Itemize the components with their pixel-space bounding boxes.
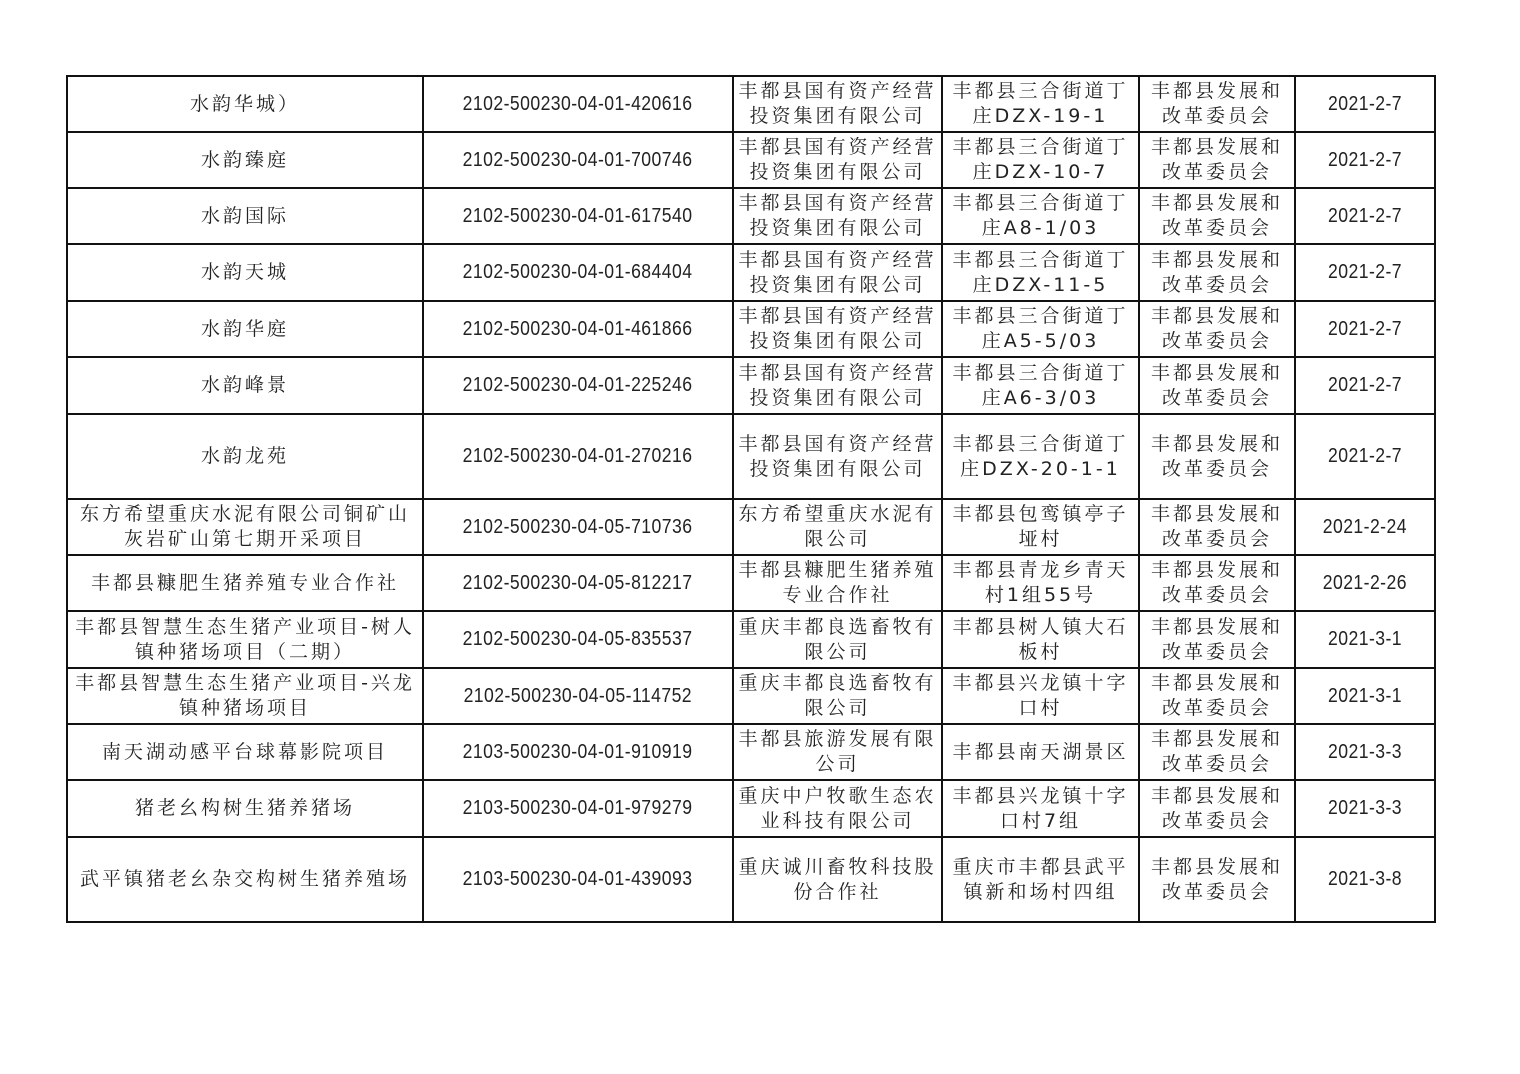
table-row: 水韵国际 2102-500230-04-01-617540 丰都县国有资产经营投… bbox=[67, 188, 1435, 244]
authority-cell: 丰都县发展和改革委员会 bbox=[1139, 132, 1295, 188]
authority-cell: 丰都县发展和改革委员会 bbox=[1139, 724, 1295, 780]
date-cell: 2021-2-7 bbox=[1295, 244, 1435, 301]
project-code: 2102-500230-04-01-225246 bbox=[463, 373, 693, 398]
project-code: 2103-500230-04-01-979279 bbox=[463, 796, 693, 821]
authority-cell: 丰都县发展和改革委员会 bbox=[1139, 611, 1295, 668]
table-row: 水韵臻庭 2102-500230-04-01-700746 丰都县国有资产经营投… bbox=[67, 132, 1435, 188]
date: 2021-2-7 bbox=[1328, 373, 1402, 398]
project-code: 2102-500230-04-01-461866 bbox=[463, 317, 693, 342]
date-cell: 2021-2-7 bbox=[1295, 188, 1435, 244]
project-code: 2102-500230-04-05-710736 bbox=[463, 515, 693, 540]
location-cell: 重庆市丰都县武平镇新和场村四组 bbox=[942, 837, 1139, 922]
project-code-cell: 2102-500230-04-05-835537 bbox=[423, 611, 733, 668]
table-row: 猪老幺构树生猪养猪场 2103-500230-04-01-979279 重庆中户… bbox=[67, 780, 1435, 837]
table-row: 水韵天城 2102-500230-04-01-684404 丰都县国有资产经营投… bbox=[67, 244, 1435, 301]
authority-cell: 丰都县发展和改革委员会 bbox=[1139, 780, 1295, 837]
table-row: 水韵华城） 2102-500230-04-01-420616 丰都县国有资产经营… bbox=[67, 76, 1435, 132]
project-code-cell: 2102-500230-04-01-225246 bbox=[423, 357, 733, 414]
project-code: 2102-500230-04-01-617540 bbox=[463, 204, 693, 229]
project-name-cell: 水韵华庭 bbox=[67, 301, 423, 357]
enterprise-cell: 东方希望重庆水泥有限公司 bbox=[733, 499, 942, 555]
project-code: 2102-500230-04-01-420616 bbox=[463, 92, 693, 117]
location-cell: 丰都县三合街道丁庄DZX-11-5 bbox=[942, 244, 1139, 301]
authority-cell: 丰都县发展和改革委员会 bbox=[1139, 414, 1295, 499]
date: 2021-2-7 bbox=[1328, 148, 1402, 173]
date-cell: 2021-3-3 bbox=[1295, 780, 1435, 837]
authority-cell: 丰都县发展和改革委员会 bbox=[1139, 188, 1295, 244]
location-cell: 丰都县包鸾镇亭子垭村 bbox=[942, 499, 1139, 555]
date: 2021-3-3 bbox=[1328, 796, 1402, 821]
authority-cell: 丰都县发展和改革委员会 bbox=[1139, 357, 1295, 414]
date-cell: 2021-3-3 bbox=[1295, 724, 1435, 780]
table-row: 丰都县智慧生态生猪产业项目-兴龙镇种猪场项目 2102-500230-04-05… bbox=[67, 668, 1435, 724]
date-cell: 2021-3-1 bbox=[1295, 668, 1435, 724]
project-code-cell: 2102-500230-04-01-700746 bbox=[423, 132, 733, 188]
project-name-cell: 东方希望重庆水泥有限公司铜矿山灰岩矿山第七期开采项目 bbox=[67, 499, 423, 555]
authority-cell: 丰都县发展和改革委员会 bbox=[1139, 555, 1295, 611]
enterprise-cell: 丰都县国有资产经营投资集团有限公司 bbox=[733, 244, 942, 301]
date-cell: 2021-2-7 bbox=[1295, 301, 1435, 357]
date-cell: 2021-2-24 bbox=[1295, 499, 1435, 555]
project-code: 2102-500230-04-01-270216 bbox=[463, 444, 693, 469]
authority-cell: 丰都县发展和改革委员会 bbox=[1139, 301, 1295, 357]
project-code: 2102-500230-04-01-684404 bbox=[463, 260, 693, 285]
table-row: 东方希望重庆水泥有限公司铜矿山灰岩矿山第七期开采项目 2102-500230-0… bbox=[67, 499, 1435, 555]
location-cell: 丰都县三合街道丁庄A5-5/03 bbox=[942, 301, 1139, 357]
enterprise-cell: 丰都县国有资产经营投资集团有限公司 bbox=[733, 301, 942, 357]
project-code-cell: 2102-500230-04-01-270216 bbox=[423, 414, 733, 499]
date: 2021-2-7 bbox=[1328, 92, 1402, 117]
authority-cell: 丰都县发展和改革委员会 bbox=[1139, 668, 1295, 724]
table-row: 水韵龙苑 2102-500230-04-01-270216 丰都县国有资产经营投… bbox=[67, 414, 1435, 499]
enterprise-cell: 丰都县国有资产经营投资集团有限公司 bbox=[733, 132, 942, 188]
project-name-cell: 武平镇猪老幺杂交构树生猪养殖场 bbox=[67, 837, 423, 922]
enterprise-cell: 丰都县国有资产经营投资集团有限公司 bbox=[733, 357, 942, 414]
project-name-cell: 水韵峰景 bbox=[67, 357, 423, 414]
table-row: 丰都县糠肥生猪养殖专业合作社 2102-500230-04-05-812217 … bbox=[67, 555, 1435, 611]
table-row: 武平镇猪老幺杂交构树生猪养殖场 2103-500230-04-01-439093… bbox=[67, 837, 1435, 922]
document-page: 水韵华城） 2102-500230-04-01-420616 丰都县国有资产经营… bbox=[0, 0, 1520, 1074]
project-code-cell: 2102-500230-04-05-710736 bbox=[423, 499, 733, 555]
project-name-cell: 水韵臻庭 bbox=[67, 132, 423, 188]
location-cell: 丰都县三合街道丁庄DZX-19-1 bbox=[942, 76, 1139, 132]
location-cell: 丰都县兴龙镇十字口村7组 bbox=[942, 780, 1139, 837]
enterprise-cell: 重庆丰都良选畜牧有限公司 bbox=[733, 668, 942, 724]
authority-cell: 丰都县发展和改革委员会 bbox=[1139, 837, 1295, 922]
enterprise-cell: 重庆诚川畜牧科技股份合作社 bbox=[733, 837, 942, 922]
location-cell: 丰都县三合街道丁庄DZX-20-1-1 bbox=[942, 414, 1139, 499]
project-code-cell: 2102-500230-04-05-812217 bbox=[423, 555, 733, 611]
project-code-cell: 2102-500230-04-01-617540 bbox=[423, 188, 733, 244]
project-name-cell: 丰都县智慧生态生猪产业项目-树人镇种猪场项目（二期） bbox=[67, 611, 423, 668]
enterprise-cell: 丰都县国有资产经营投资集团有限公司 bbox=[733, 188, 942, 244]
project-code: 2102-500230-04-05-812217 bbox=[463, 571, 693, 596]
project-registration-table: 水韵华城） 2102-500230-04-01-420616 丰都县国有资产经营… bbox=[66, 75, 1436, 923]
project-code: 2103-500230-04-01-910919 bbox=[463, 740, 693, 765]
project-name-cell: 水韵龙苑 bbox=[67, 414, 423, 499]
authority-cell: 丰都县发展和改革委员会 bbox=[1139, 244, 1295, 301]
date-cell: 2021-2-26 bbox=[1295, 555, 1435, 611]
authority-cell: 丰都县发展和改革委员会 bbox=[1139, 499, 1295, 555]
project-code: 2103-500230-04-01-439093 bbox=[463, 867, 693, 892]
date: 2021-2-7 bbox=[1328, 444, 1402, 469]
table-row: 丰都县智慧生态生猪产业项目-树人镇种猪场项目（二期） 2102-500230-0… bbox=[67, 611, 1435, 668]
table-row: 水韵华庭 2102-500230-04-01-461866 丰都县国有资产经营投… bbox=[67, 301, 1435, 357]
date-cell: 2021-2-7 bbox=[1295, 76, 1435, 132]
date-cell: 2021-3-8 bbox=[1295, 837, 1435, 922]
date: 2021-2-7 bbox=[1328, 260, 1402, 285]
project-name-cell: 水韵天城 bbox=[67, 244, 423, 301]
location-cell: 丰都县三合街道丁庄A6-3/03 bbox=[942, 357, 1139, 414]
date: 2021-2-26 bbox=[1323, 571, 1407, 596]
project-code-cell: 2102-500230-04-01-420616 bbox=[423, 76, 733, 132]
date: 2021-2-24 bbox=[1323, 515, 1407, 540]
authority-cell: 丰都县发展和改革委员会 bbox=[1139, 76, 1295, 132]
project-name-cell: 南天湖动感平台球幕影院项目 bbox=[67, 724, 423, 780]
enterprise-cell: 重庆中户牧歌生态农业科技有限公司 bbox=[733, 780, 942, 837]
enterprise-cell: 丰都县国有资产经营投资集团有限公司 bbox=[733, 414, 942, 499]
project-code-cell: 2102-500230-04-01-461866 bbox=[423, 301, 733, 357]
date-cell: 2021-2-7 bbox=[1295, 357, 1435, 414]
location-cell: 丰都县南天湖景区 bbox=[942, 724, 1139, 780]
date: 2021-2-7 bbox=[1328, 317, 1402, 342]
date: 2021-2-7 bbox=[1328, 204, 1402, 229]
enterprise-cell: 丰都县旅游发展有限公司 bbox=[733, 724, 942, 780]
project-code-cell: 2103-500230-04-01-979279 bbox=[423, 780, 733, 837]
date-cell: 2021-3-1 bbox=[1295, 611, 1435, 668]
date-cell: 2021-2-7 bbox=[1295, 414, 1435, 499]
project-code-cell: 2103-500230-04-01-439093 bbox=[423, 837, 733, 922]
project-name-cell: 猪老幺构树生猪养猪场 bbox=[67, 780, 423, 837]
project-code: 2102-500230-04-05-835537 bbox=[463, 627, 693, 652]
location-cell: 丰都县三合街道丁庄A8-1/03 bbox=[942, 188, 1139, 244]
location-cell: 丰都县青龙乡青天村1组55号 bbox=[942, 555, 1139, 611]
project-code-cell: 2102-500230-04-01-684404 bbox=[423, 244, 733, 301]
project-name-cell: 水韵华城） bbox=[67, 76, 423, 132]
project-code-cell: 2102-500230-04-05-114752 bbox=[423, 668, 733, 724]
enterprise-cell: 重庆丰都良选畜牧有限公司 bbox=[733, 611, 942, 668]
project-name-cell: 丰都县智慧生态生猪产业项目-兴龙镇种猪场项目 bbox=[67, 668, 423, 724]
project-code: 2102-500230-04-01-700746 bbox=[463, 148, 693, 173]
project-code-cell: 2103-500230-04-01-910919 bbox=[423, 724, 733, 780]
enterprise-cell: 丰都县国有资产经营投资集团有限公司 bbox=[733, 76, 942, 132]
location-cell: 丰都县树人镇大石板村 bbox=[942, 611, 1139, 668]
date: 2021-3-1 bbox=[1328, 627, 1402, 652]
project-name-cell: 水韵国际 bbox=[67, 188, 423, 244]
project-code: 2102-500230-04-05-114752 bbox=[464, 684, 692, 709]
table-row: 水韵峰景 2102-500230-04-01-225246 丰都县国有资产经营投… bbox=[67, 357, 1435, 414]
location-cell: 丰都县三合街道丁庄DZX-10-7 bbox=[942, 132, 1139, 188]
table-row: 南天湖动感平台球幕影院项目 2103-500230-04-01-910919 丰… bbox=[67, 724, 1435, 780]
date: 2021-3-8 bbox=[1328, 867, 1402, 892]
project-name-cell: 丰都县糠肥生猪养殖专业合作社 bbox=[67, 555, 423, 611]
date: 2021-3-3 bbox=[1328, 740, 1402, 765]
date: 2021-3-1 bbox=[1328, 684, 1402, 709]
enterprise-cell: 丰都县糠肥生猪养殖专业合作社 bbox=[733, 555, 942, 611]
location-cell: 丰都县兴龙镇十字口村 bbox=[942, 668, 1139, 724]
date-cell: 2021-2-7 bbox=[1295, 132, 1435, 188]
